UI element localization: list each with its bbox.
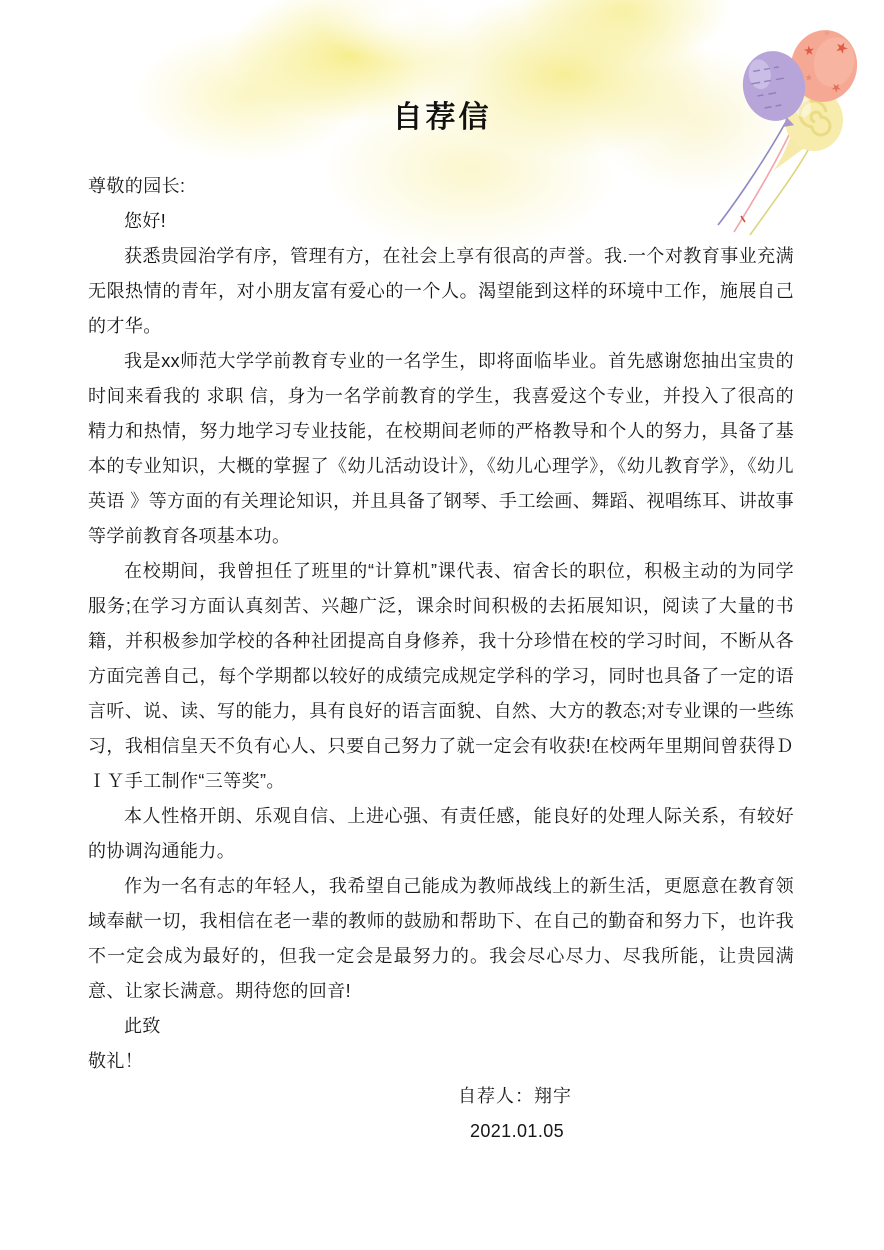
paragraph-1: 获悉贵园治学有序，管理有方，在社会上享有很高的声誉。我.一个对教育事业充满无限热… [88, 239, 794, 344]
paragraph-4: 本人性格开朗、乐观自信、上进心强、有责任感，能良好的处理人际关系，有较好的协调沟… [88, 799, 794, 869]
svg-text:★: ★ [802, 42, 815, 58]
svg-text:★: ★ [804, 72, 813, 83]
closing-jingli: 敬礼！ [88, 1044, 794, 1079]
letter-page: ★ ★ ★ ★ ★ 自荐信 尊敬的园长: 您好! 获悉贵园治学有序，管理有方，在… [0, 0, 884, 1250]
signature: 自荐人：翔宇 [88, 1079, 794, 1114]
closing-cizhi: 此致 [88, 1009, 794, 1044]
paragraph-3: 在校期间，我曾担任了班里的“计算机”课代表、宿舍长的职位，积极主动的为同学服务;… [88, 554, 794, 799]
date: 2021.01.05 [88, 1114, 794, 1149]
paragraph-5: 作为一名有志的年轻人，我希望自己能成为教师战线上的新生活，更愿意在教育领域奉献一… [88, 869, 794, 1009]
page-title: 自荐信 [0, 92, 884, 136]
greeting: 您好! [88, 204, 794, 239]
salutation: 尊敬的园长: [88, 169, 794, 204]
letter-body: 尊敬的园长: 您好! 获悉贵园治学有序，管理有方，在社会上享有很高的声誉。我.一… [88, 169, 794, 1149]
paragraph-2: 我是xx师范大学学前教育专业的一名学生，即将面临毕业。首先感谢您抽出宝贵的时间来… [88, 344, 794, 554]
